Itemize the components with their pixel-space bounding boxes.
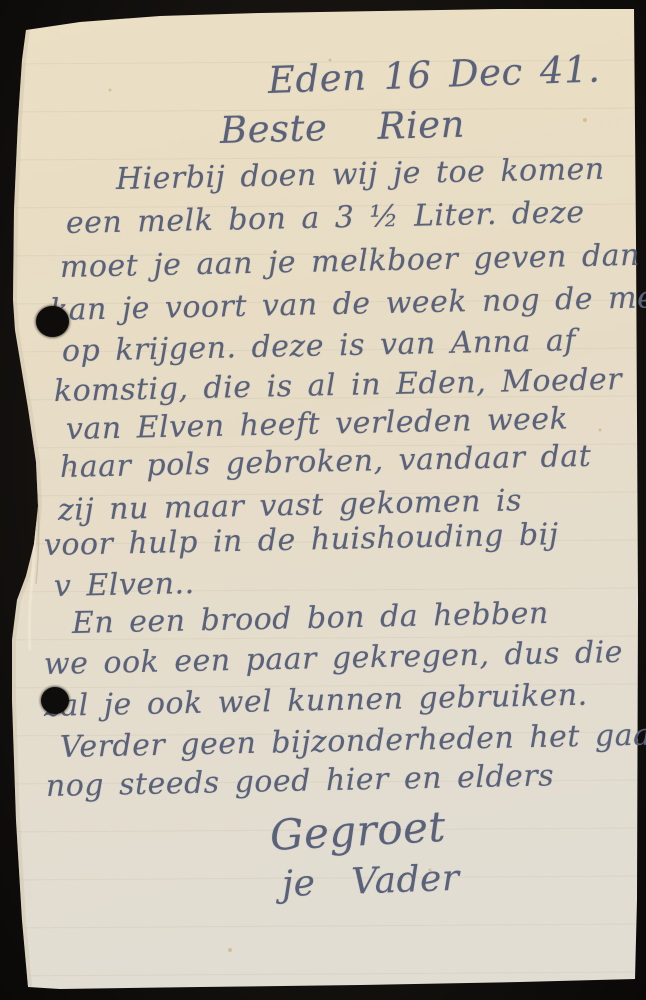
closing-line: Gegroet — [269, 803, 447, 860]
letter-line: Verder geen bijzonderheden het gaat — [60, 718, 646, 765]
letter-line: we ook een paar gekregen, dus die — [44, 636, 624, 683]
letter-line: haar pols gebroken, vandaar dat — [60, 440, 592, 486]
letter-line: En een brood bon da hebben — [72, 597, 549, 641]
letter-line: een melk bon a 3 ½ Liter. deze — [66, 196, 585, 241]
letter-text: Eden 16 Dec 41. Beste Rien Hierbij doen … — [0, 0, 646, 1000]
letter-line: kan je voort van de week nog de melk — [50, 281, 646, 329]
photo-backdrop: Eden 16 Dec 41. Beste Rien Hierbij doen … — [0, 0, 646, 1000]
salutation-line: Beste Rien — [219, 104, 465, 153]
date-line: Eden 16 Dec 41. — [267, 48, 601, 102]
letter-line: moet je aan je melkboer geven dan — [60, 239, 641, 286]
signature-line: je Vader — [281, 858, 460, 906]
letter-line: v Elven.. — [54, 567, 195, 604]
letter-line: Hierbij doen wij je toe komen — [116, 153, 605, 198]
letter-line: zal je ook wel kunnen gebruiken. — [44, 679, 588, 725]
letter-line: nog steeds goed hier en elders — [46, 759, 555, 804]
letter-line: op krijgen. deze is van Anna af — [62, 324, 577, 369]
